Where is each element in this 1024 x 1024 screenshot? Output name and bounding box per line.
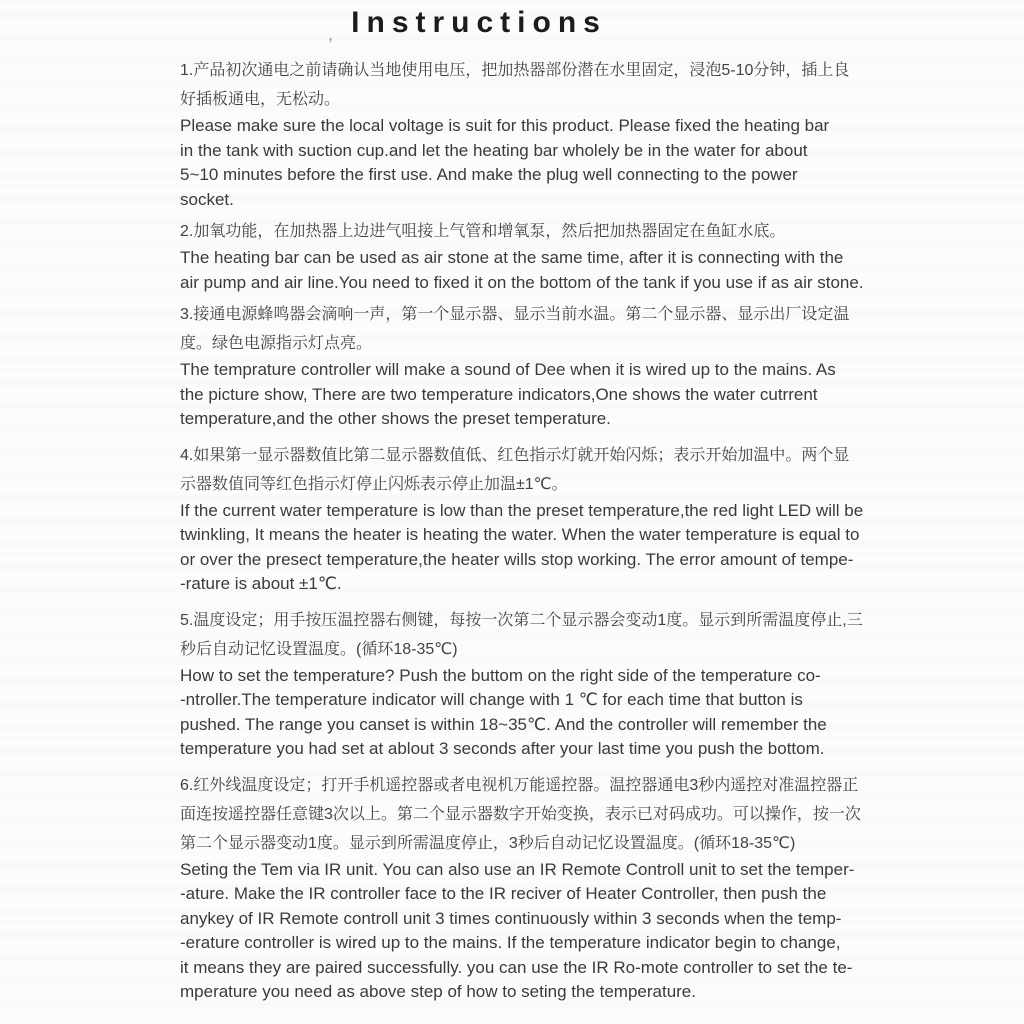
title-row: Instructions — [0, 6, 958, 40]
en-line: temperature,and the other shows the pres… — [180, 407, 880, 432]
zh-line: 2.加氧功能，在加热器上边进气咀接上气管和增氧泵，然后把加热器固定在鱼缸水底。 — [180, 217, 880, 246]
en-line: mperature you need as above step of how … — [180, 980, 880, 1005]
instruction-sheet: { "page": { "title": "Instructions", "st… — [0, 0, 1024, 1024]
section-4: 4.如果第一显示器数值比第二显示器数值低、红色指示灯就开始闪烁；表示开始加温中。… — [180, 441, 880, 597]
en-line: pushed. The range you canset is within 1… — [180, 713, 880, 738]
en-line: The temprature controller will make a so… — [180, 358, 880, 383]
en-line: -ature. Make the IR controller face to t… — [180, 882, 880, 907]
zh-line: 1.产品初次通电之前请确认当地使用电压，把加热器部份潜在水里固定，浸泡5-10分… — [180, 56, 880, 85]
en-line: air pump and air line.You need to fixed … — [180, 271, 880, 296]
zh-line: 度。绿色电源指示灯点亮。 — [180, 329, 880, 358]
en-line: Please make sure the local voltage is su… — [180, 114, 880, 139]
zh-line: 6.红外线温度设定；打开手机遥控器或者电视机万能遥控器。温控器通电3秒内遥控对准… — [180, 771, 880, 800]
zh-line: 第二个显示器变动1度。显示到所需温度停止，3秒后自动记忆设置温度。(循环18-3… — [180, 829, 880, 858]
section-5: 5.温度设定；用手按压温控器右侧键，每按一次第二个显示器会变动1度。显示到所需温… — [180, 606, 880, 762]
en-line: it means they are paired successfully. y… — [180, 956, 880, 981]
en-line: -ntroller.The temperature indicator will… — [180, 688, 880, 713]
en-line: temperature you had set at ablout 3 seco… — [180, 737, 880, 762]
zh-line: 面连按遥控器任意键3次以上。第二个显示器数字开始变换，表示已对码成功。可以操作，… — [180, 800, 880, 829]
zh-line: 好插板通电，无松动。 — [180, 85, 880, 114]
en-line: the picture show, There are two temperat… — [180, 383, 880, 408]
en-line: How to set the temperature? Push the but… — [180, 664, 880, 689]
page-title: Instructions — [351, 6, 607, 40]
zh-line: 秒后自动记忆设置温度。(循环18-35℃) — [180, 635, 880, 664]
section-6: 6.红外线温度设定；打开手机遥控器或者电视机万能遥控器。温控器通电3秒内遥控对准… — [180, 771, 880, 1005]
en-line: The heating bar can be used as air stone… — [180, 246, 880, 271]
en-line: in the tank with suction cup.and let the… — [180, 139, 880, 164]
en-line: -erature controller is wired up to the m… — [180, 931, 880, 956]
en-line: -rature is about ±1℃. — [180, 572, 880, 597]
zh-line: 3.接通电源蜂鸣器会滴响一声，第一个显示器、显示当前水温。第二个显示器、显示出厂… — [180, 300, 880, 329]
section-1: 1.产品初次通电之前请确认当地使用电压，把加热器部份潜在水里固定，浸泡5-10分… — [180, 56, 880, 212]
zh-line: 示器数值同等红色指示灯停止闪烁表示停止加温±1℃。 — [180, 470, 880, 499]
zh-line: 4.如果第一显示器数值比第二显示器数值低、红色指示灯就开始闪烁；表示开始加温中。… — [180, 441, 880, 470]
en-line: anykey of IR Remote controll unit 3 time… — [180, 907, 880, 932]
section-2: 2.加氧功能，在加热器上边进气咀接上气管和增氧泵，然后把加热器固定在鱼缸水底。 … — [180, 217, 880, 295]
section-3: 3.接通电源蜂鸣器会滴响一声，第一个显示器、显示当前水温。第二个显示器、显示出厂… — [180, 300, 880, 432]
en-line: or over the presect temperature,the heat… — [180, 548, 880, 573]
instructions-content: 1.产品初次通电之前请确认当地使用电压，把加热器部份潜在水里固定，浸泡5-10分… — [180, 56, 880, 1010]
en-line: Seting the Tem via IR unit. You can also… — [180, 858, 880, 883]
en-line: twinkling, It means the heater is heatin… — [180, 523, 880, 548]
en-line: 5~10 minutes before the first use. And m… — [180, 163, 880, 188]
en-line: socket. — [180, 188, 880, 213]
zh-line: 5.温度设定；用手按压温控器右侧键，每按一次第二个显示器会变动1度。显示到所需温… — [180, 606, 880, 635]
en-line: If the current water temperature is low … — [180, 499, 880, 524]
